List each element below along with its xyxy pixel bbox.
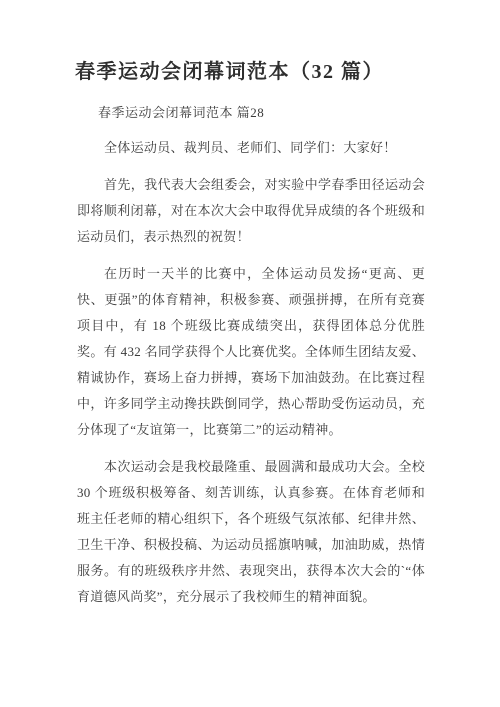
page-title: 春季运动会闭幕词范本（32 篇） [75, 58, 425, 86]
body-paragraph-organization: 本次运动会是我校最隆重、最圆满和最成功大会。全校 30 个班级积极筹备、刻苦训练… [77, 454, 425, 610]
body-paragraph-results: 在历时一天半的比赛中，全体运动员发扬“更高、更快、更强”的体育精神，积极参赛、顽… [77, 261, 425, 443]
section-subtitle: 春季运动会闭幕词范本 篇28 [77, 100, 425, 126]
greeting-paragraph: 全体运动员、裁判员、老师们、同学们：大家好！ [77, 135, 425, 161]
document-page: 春季运动会闭幕词范本（32 篇） 春季运动会闭幕词范本 篇28 全体运动员、裁判… [0, 0, 500, 707]
body-paragraph-congratulations: 首先，我代表大会组委会，对实验中学春季田径运动会即将顺利闭幕，对在本次大会中取得… [77, 172, 425, 250]
